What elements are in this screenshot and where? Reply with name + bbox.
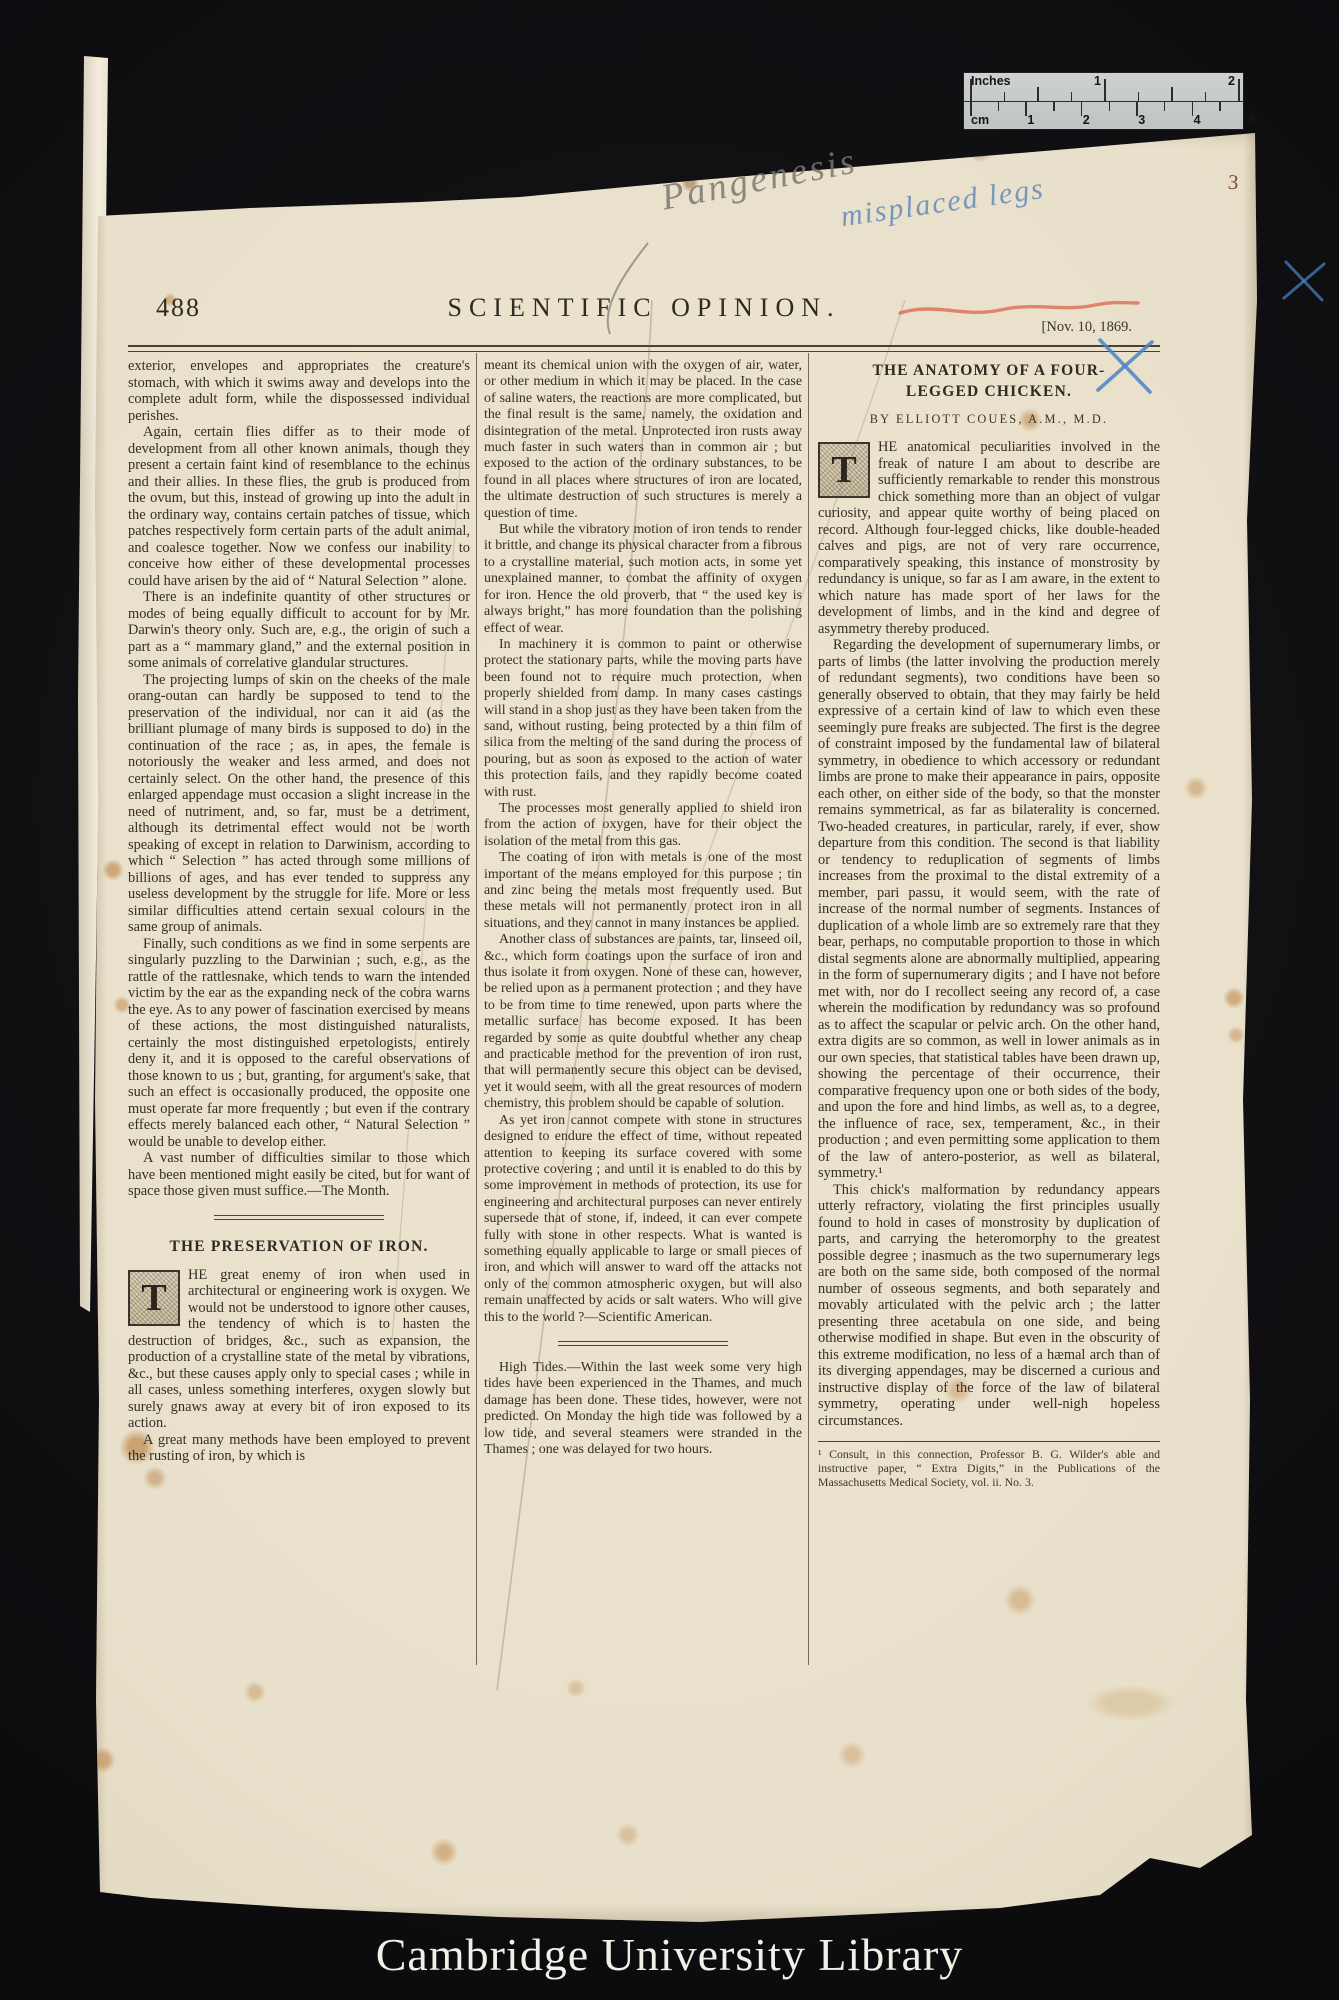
- footnote-text: ¹ Consult, in this connection, Professor…: [818, 1448, 1160, 1489]
- ruler: Inches cm 1212345: [963, 72, 1244, 130]
- ruler-tick: [1171, 87, 1173, 101]
- column-1: exterior, envelopes and appropriates the…: [128, 358, 470, 1838]
- ruler-inch-numeral: 1: [1094, 74, 1101, 88]
- ruler-tick: [970, 102, 972, 116]
- ruler-tick: [1104, 79, 1106, 101]
- ruler-cm-numeral: 2: [1083, 113, 1090, 127]
- ruler-tick: [1037, 87, 1039, 101]
- article-paragraph: Another class of substances are paints, …: [484, 932, 802, 1112]
- article-paragraph: THE anatomical peculiarities involved in…: [818, 439, 1160, 637]
- ruler-middle-line: [964, 101, 1243, 102]
- article-paragraph: A great many methods have been employed …: [128, 1432, 470, 1465]
- article-paragraph: But while the vibratory motion of iron t…: [484, 522, 802, 637]
- ruler-tick: [1205, 92, 1207, 101]
- ruler-cm-numeral: 3: [1138, 113, 1145, 127]
- column-3: THE ANATOMY OF A FOUR-LEGGED CHICKEN.BY …: [818, 358, 1160, 1828]
- ruler-tick: [1004, 92, 1006, 101]
- scan-viewer: { "page_header": { "page_number": "488",…: [0, 0, 1339, 2000]
- article-paragraph: Again, certain flies differ as to their …: [128, 424, 470, 589]
- ruler-cm-label: cm: [971, 113, 989, 127]
- ruler-cm-numeral: 4: [1194, 113, 1201, 127]
- column-divider-1: [476, 353, 477, 1665]
- library-caption: Cambridge University Library: [0, 1928, 1339, 1981]
- ruler-tick: [1053, 102, 1055, 111]
- article-paragraph: meant its chemical union with the oxygen…: [484, 358, 802, 522]
- ruler-tick: [1238, 79, 1240, 101]
- ruler-cm-numeral: 5: [1249, 113, 1256, 127]
- article-paragraph: Regarding the development of supernumera…: [818, 637, 1160, 1182]
- ruler-tick: [1109, 102, 1111, 111]
- article-paragraph: In machinery it is common to paint or ot…: [484, 637, 802, 801]
- article-heading: THE PRESERVATION OF IRON.: [146, 1236, 452, 1257]
- ruler-inch-numeral: 2: [1228, 74, 1235, 88]
- column-2: meant its chemical union with the oxygen…: [484, 358, 802, 1828]
- column-divider-2: [808, 353, 809, 1665]
- article-paragraph: The processes most generally applied to …: [484, 801, 802, 850]
- article-paragraph: There is an indefinite quantity of other…: [128, 589, 470, 672]
- journal-page: 488 SCIENTIFIC OPINION. [Nov. 10, 1869. …: [95, 133, 1259, 1925]
- section-separator-rule: [214, 1215, 384, 1220]
- ornamental-initial: T: [128, 1270, 180, 1326]
- blue-x-mark-small: [1284, 262, 1324, 300]
- article-paragraph: A vast number of difficulties similar to…: [128, 1150, 470, 1200]
- article-paragraph: This chick's malformation by redundancy …: [818, 1182, 1160, 1430]
- issue-date: [Nov. 10, 1869.: [1042, 319, 1132, 336]
- footnote-rule: [818, 1441, 1160, 1442]
- article-paragraph: Finally, such conditions as we find in s…: [128, 936, 470, 1151]
- article-byline: BY ELLIOTT COUES, A.M., M.D.: [818, 412, 1160, 427]
- journal-title: SCIENTIFIC OPINION.: [128, 293, 1160, 323]
- ruler-tick: [998, 102, 1000, 111]
- article-paragraph: High Tides.—Within the last week some ve…: [484, 1360, 802, 1458]
- article-paragraph: exterior, envelopes and appropriates the…: [128, 358, 470, 424]
- ruler-tick: [1138, 92, 1140, 101]
- ruler-tick: [1164, 102, 1166, 111]
- article-heading: THE ANATOMY OF A FOUR-LEGGED CHICKEN.: [836, 360, 1142, 402]
- ruler-tick: [970, 79, 972, 101]
- ruler-tick: [1219, 102, 1221, 111]
- section-separator-rule: [558, 1341, 728, 1346]
- article-paragraph: As yet iron cannot compete with stone in…: [484, 1113, 802, 1326]
- ornamental-initial: T: [818, 442, 870, 498]
- ruler-tick: [1071, 92, 1073, 101]
- header-double-rule: [128, 345, 1160, 352]
- ruler-cm-numeral: 1: [1027, 113, 1034, 127]
- page-header: 488 SCIENTIFIC OPINION. [Nov. 10, 1869.: [128, 283, 1160, 353]
- article-paragraph: THE great enemy of iron when used in arc…: [128, 1267, 470, 1432]
- article-paragraph: The coating of iron with metals is one o…: [484, 850, 802, 932]
- ruler-inches-label: Inches: [971, 74, 1011, 88]
- article-paragraph: The projecting lumps of skin on the chee…: [128, 672, 470, 936]
